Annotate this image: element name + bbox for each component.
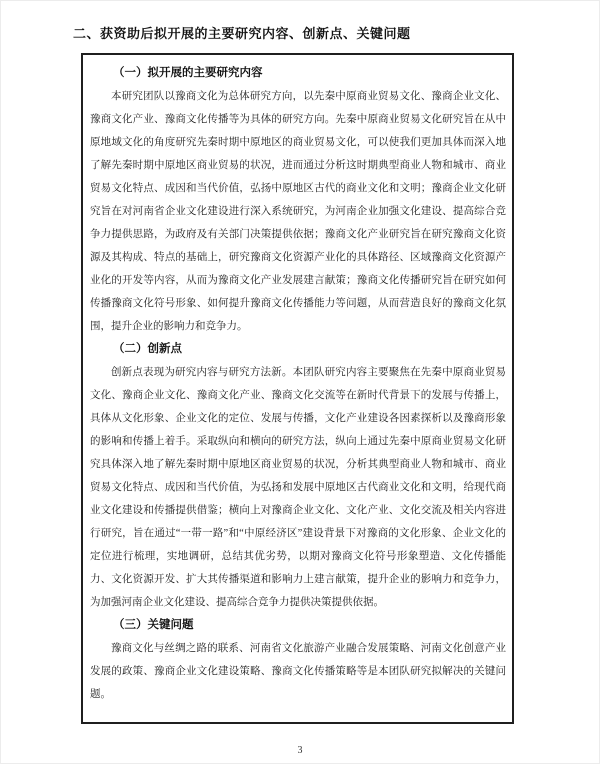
document-page: 二、获资助后拟开展的主要研究内容、创新点、关键问题 （一）拟开展的主要研究内容 …	[0, 0, 600, 764]
section-paragraph-key-problems: 豫商文化与丝绸之路的联系、河南省文化旅游产业融合发展策略、河南文化创意产业发展的…	[90, 637, 506, 706]
section-heading-key-problems: （三）关键问题	[90, 614, 506, 637]
page-title: 二、获资助后拟开展的主要研究内容、创新点、关键问题	[73, 25, 513, 42]
section-heading-main-research: （一）拟开展的主要研究内容	[90, 62, 506, 85]
content-box: （一）拟开展的主要研究内容 本研究团队以豫商文化为总体研究方向，以先秦中原商业贸…	[81, 53, 514, 724]
section-innovation-points: （二）创新点 创新点表现为研究内容与研究方法新。本团队研究内容主要聚焦在先秦中原…	[90, 338, 506, 614]
section-key-problems: （三）关键问题 豫商文化与丝绸之路的联系、河南省文化旅游产业融合发展策略、河南文…	[90, 614, 506, 706]
section-heading-innovation: （二）创新点	[90, 338, 506, 361]
page-number: 3	[1, 745, 599, 756]
section-paragraph-main-research: 本研究团队以豫商文化为总体研究方向，以先秦中原商业贸易文化、豫商企业文化、豫商文…	[90, 85, 506, 338]
section-main-research-content: （一）拟开展的主要研究内容 本研究团队以豫商文化为总体研究方向，以先秦中原商业贸…	[90, 62, 506, 338]
section-paragraph-innovation: 创新点表现为研究内容与研究方法新。本团队研究内容主要聚焦在先秦中原商业贸易文化、…	[90, 361, 506, 614]
